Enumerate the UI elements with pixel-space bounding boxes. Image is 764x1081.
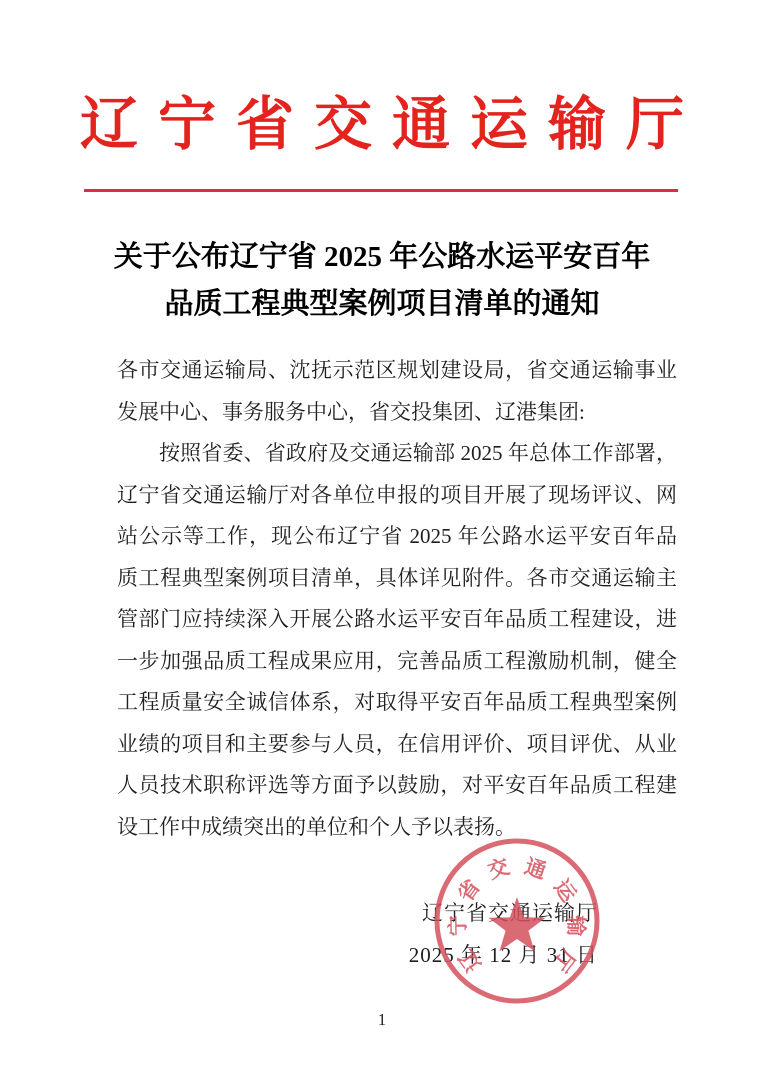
document-title-line1: 关于公布辽宁省 2025 年公路水运平安百年 <box>52 234 712 281</box>
letterhead-divider <box>84 189 678 192</box>
body-line: 辽宁省交通运输厅对各单位申报的项目开展了现场评议、网 <box>117 475 677 517</box>
document-body: 各市交通运输局、沈抚示范区规划建设局，省交通运输事业发展中心、事务服务中心，省交… <box>117 350 677 848</box>
page-number: 1 <box>0 1010 764 1030</box>
body-line: 人员技术职称评选等方面予以鼓励，对平安百年品质工程建 <box>117 765 677 807</box>
signature-org: 辽宁省交通运输厅 <box>422 897 598 927</box>
body-line: 管部门应持续深入开展公路水运平安百年品质工程建设，进 <box>117 599 677 641</box>
document-title-line2: 品质工程典型案例项目清单的通知 <box>52 281 712 328</box>
seal-arc-char: 交 <box>485 854 512 883</box>
body-line: 站公示等工作，现公布辽宁省 2025 年公路水运平安百年品 <box>117 516 677 558</box>
body-line: 设工作中成绩突出的单位和个人予以表扬。 <box>117 807 677 849</box>
body-line: 质工程典型案例项目清单，具体详见附件。各市交通运输主 <box>117 558 677 600</box>
body-line: 按照省委、省政府及交通运输部 2025 年总体工作部署， <box>117 433 677 475</box>
seal-arc-char: 通 <box>522 854 549 883</box>
body-line: 各市交通运输局、沈抚示范区规划建设局，省交通运输事业 <box>117 350 677 392</box>
document-title: 关于公布辽宁省 2025 年公路水运平安百年 品质工程典型案例项目清单的通知 <box>52 234 712 328</box>
body-line: 一步加强品质工程成果应用，完善品质工程激励机制，健全 <box>117 641 677 683</box>
main-paragraph: 按照省委、省政府及交通运输部 2025 年总体工作部署，辽宁省交通运输厅对各单位… <box>117 433 677 848</box>
document-page: 辽宁省交通运输厅 关于公布辽宁省 2025 年公路水运平安百年 品质工程典型案例… <box>0 0 764 1081</box>
recipients-block: 各市交通运输局、沈抚示范区规划建设局，省交通运输事业发展中心、事务服务中心，省交… <box>117 350 677 433</box>
letterhead-title: 辽宁省交通运输厅 <box>0 92 764 158</box>
body-line: 工程质量安全诚信体系，对取得平安百年品质工程典型案例 <box>117 682 677 724</box>
signature-date: 2025 年 12 月 31 日 <box>409 939 598 969</box>
body-line: 业绩的项目和主要参与人员，在信用评价、项目评优、从业 <box>117 724 677 766</box>
body-line: 发展中心、事务服务中心，省交投集团、辽港集团: <box>117 392 677 434</box>
